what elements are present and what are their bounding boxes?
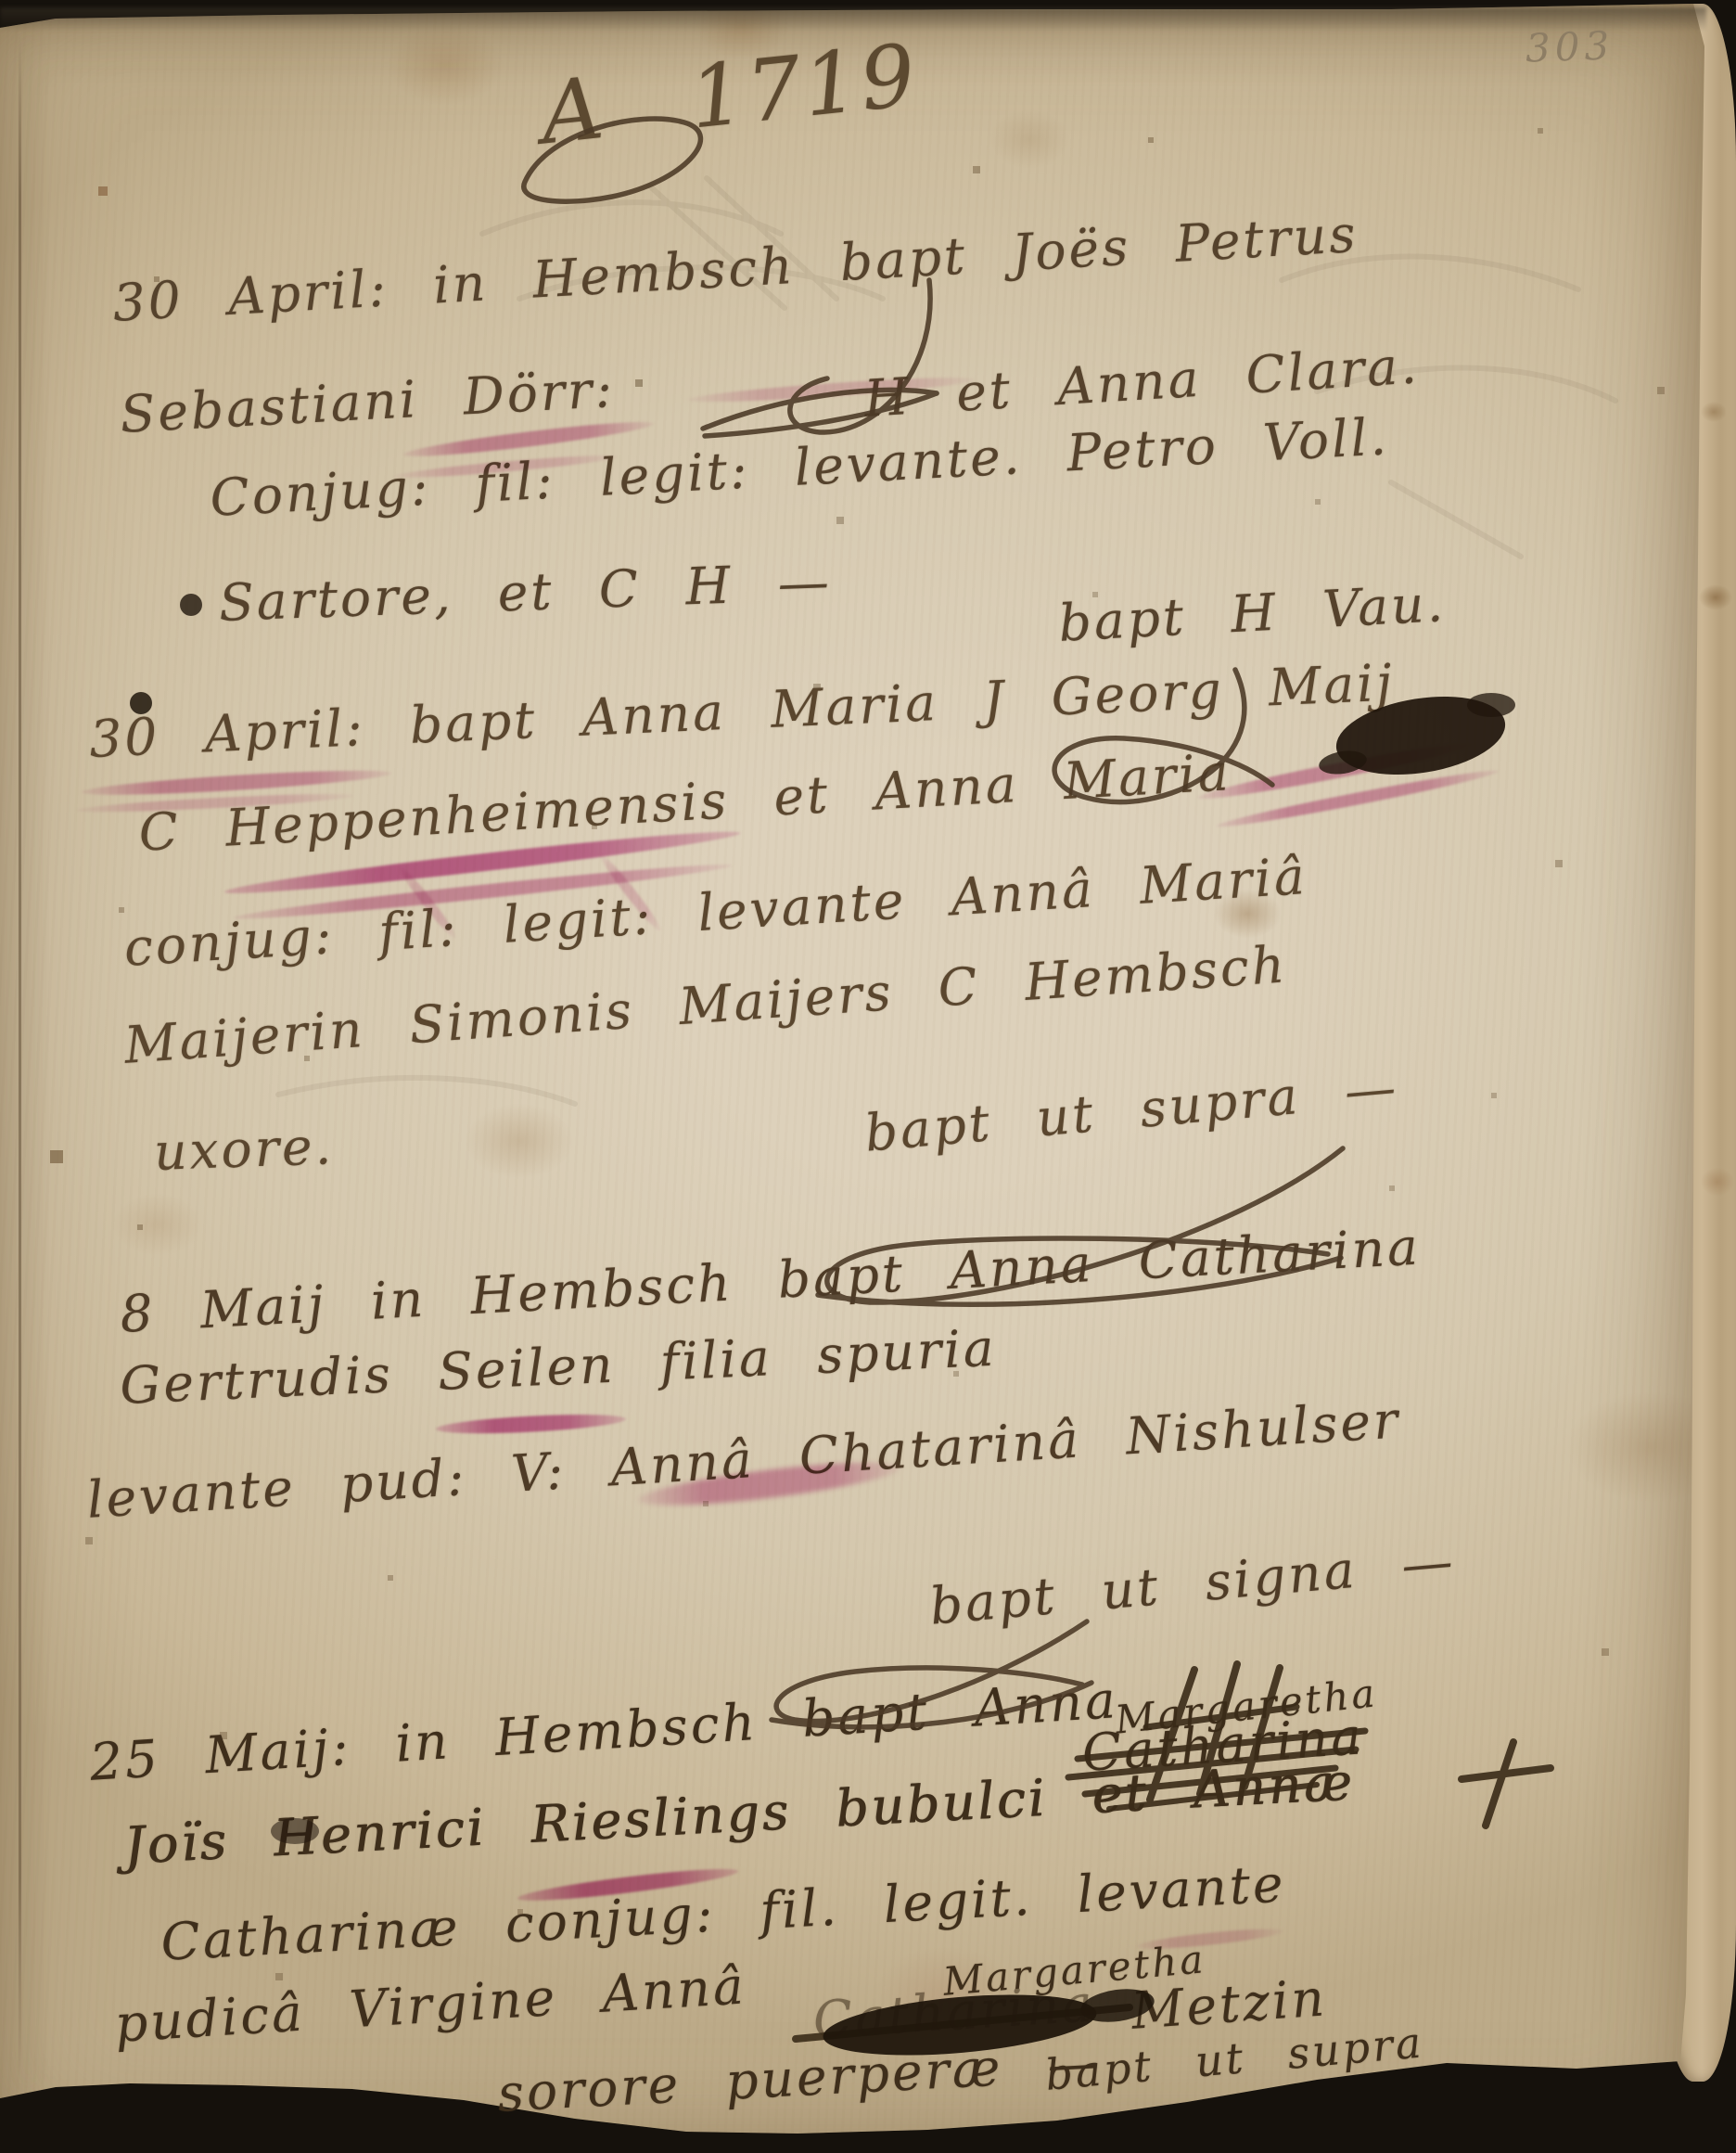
page-number: 303 <box>1525 22 1615 70</box>
entry2-line5a: uxore. <box>153 1116 335 1182</box>
binding-crease <box>19 32 21 2083</box>
foxing-specks <box>0 0 2 2</box>
top-edge-shadow <box>0 7 1706 32</box>
scanned-register-page: { "page": { "number": "303", "title": "A… <box>0 0 1736 2153</box>
